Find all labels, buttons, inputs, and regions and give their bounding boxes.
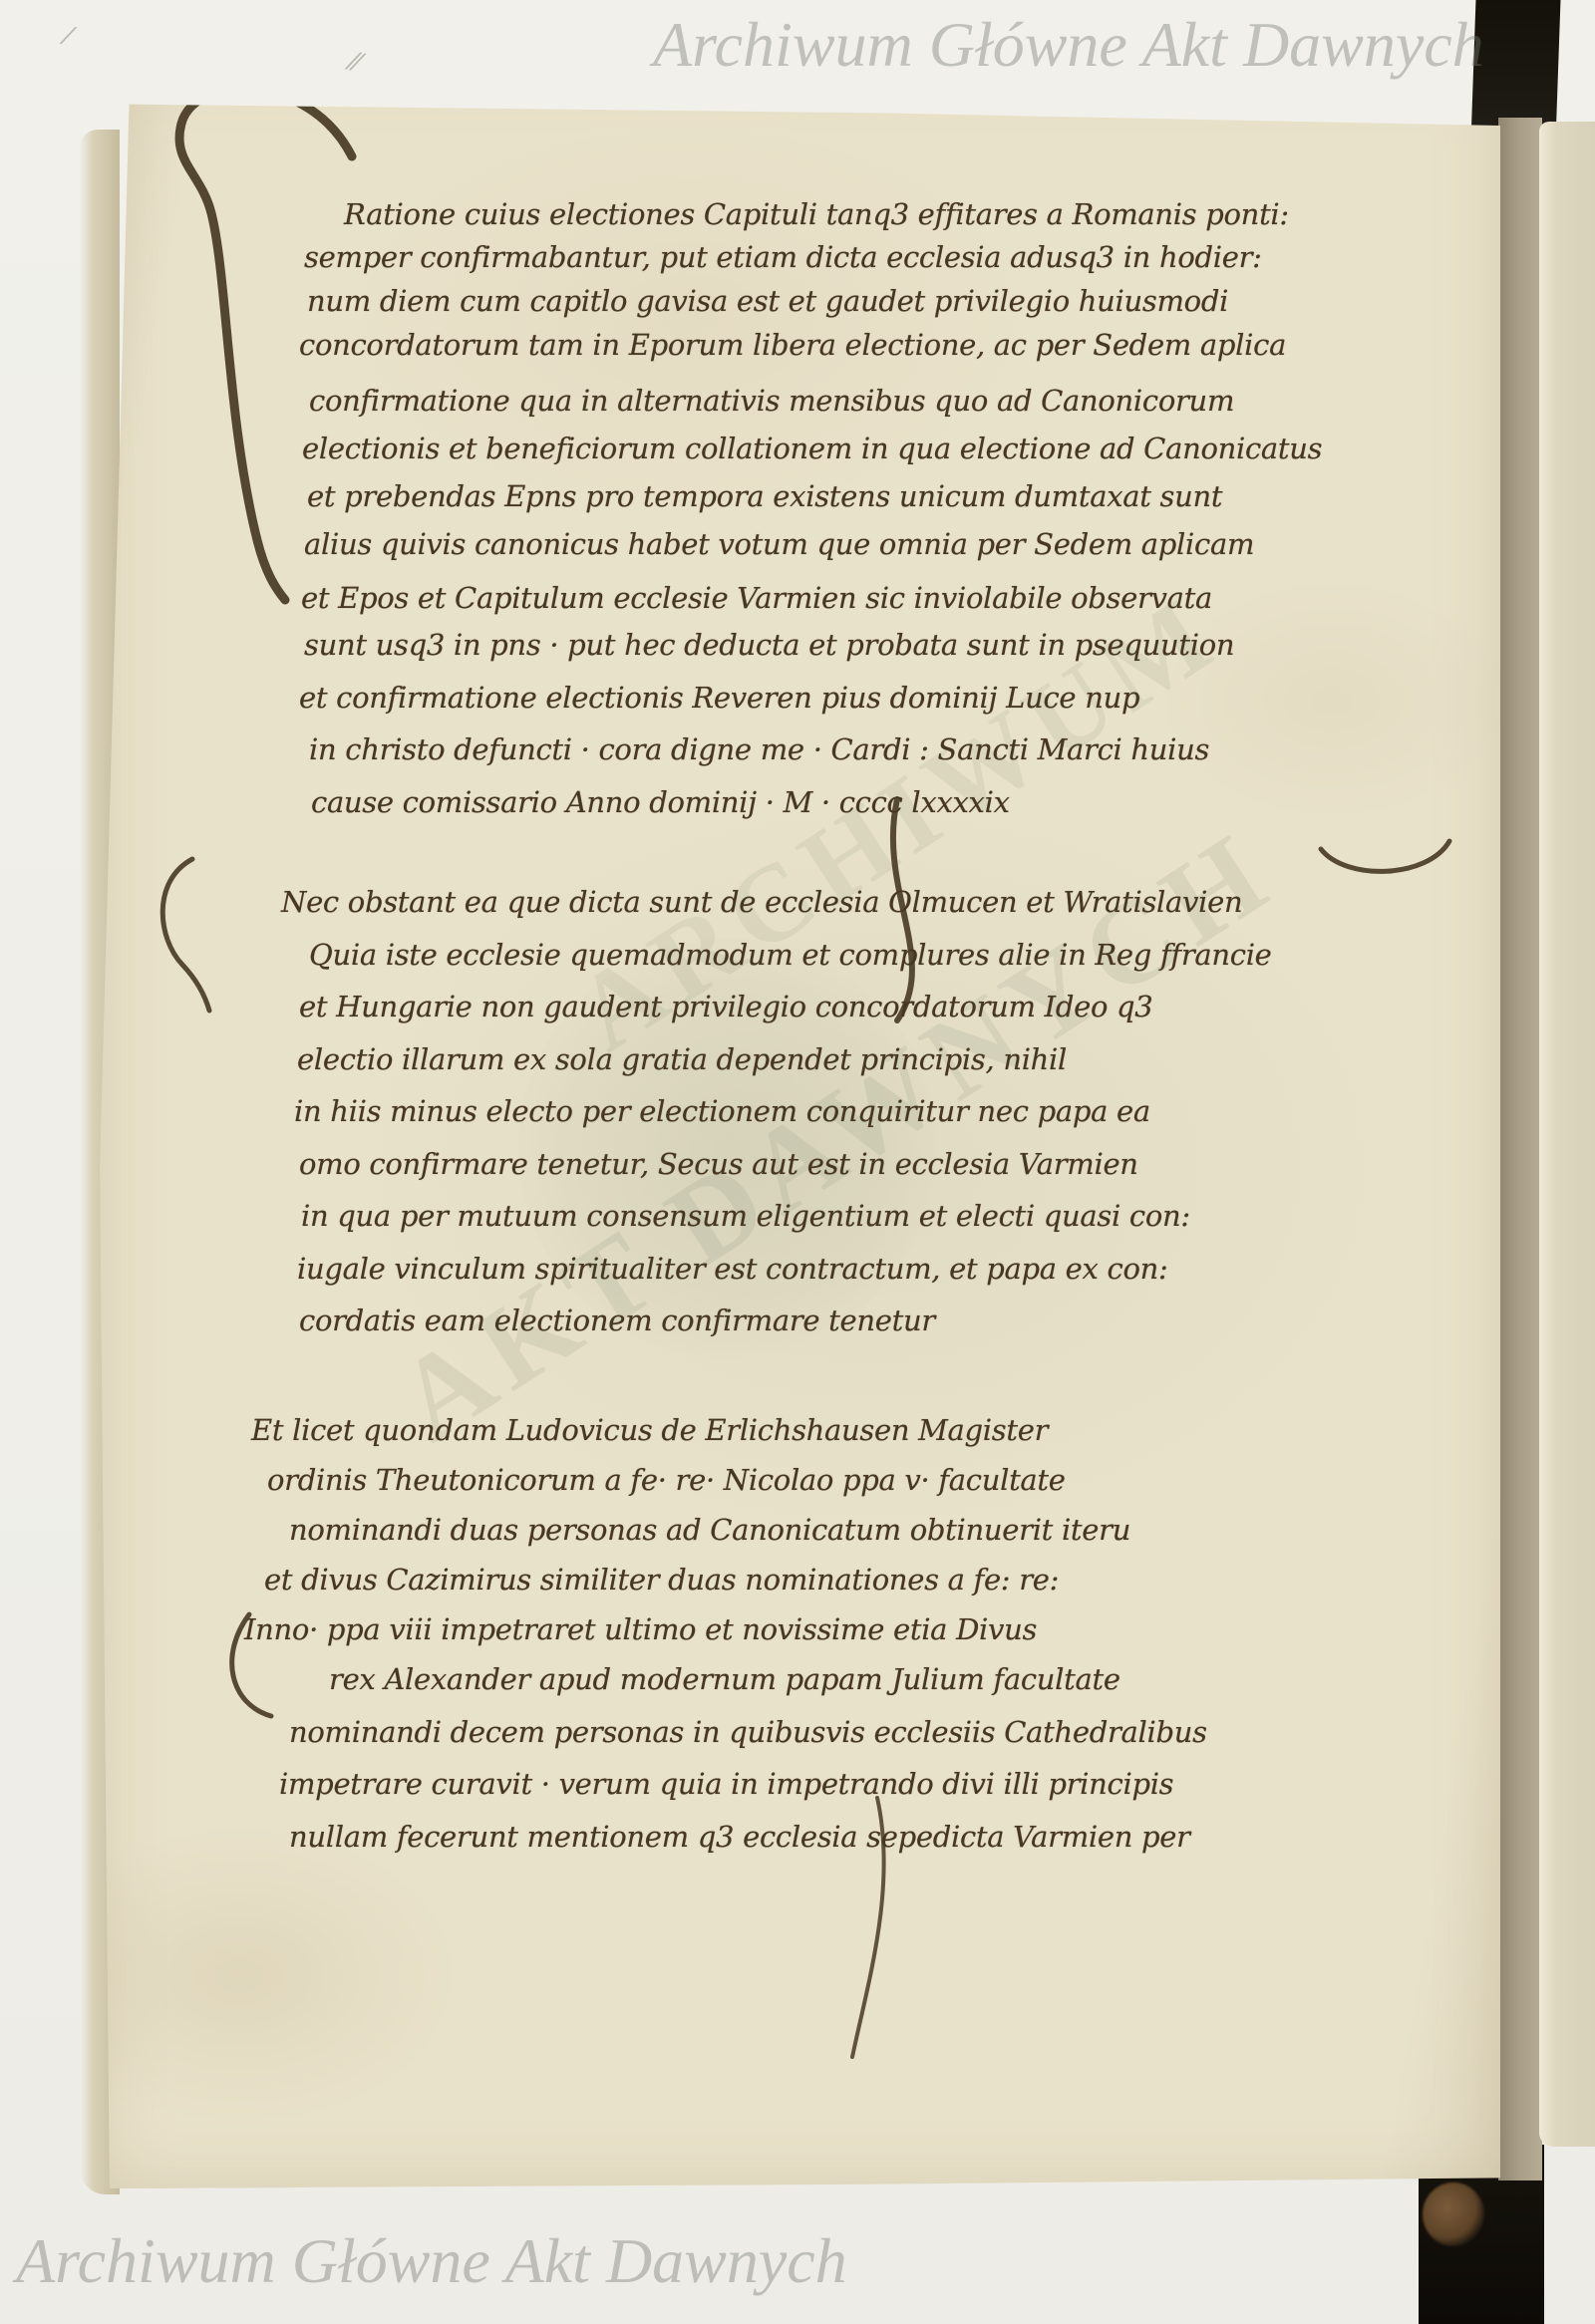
manuscript-text-line: Quia iste ecclesie quemadmodum et complu… [309, 938, 1272, 972]
margin-flourish-ink [162, 859, 209, 1011]
manuscript-text-line: nominandi decem personas in quibusvis ec… [289, 1715, 1207, 1749]
manuscript-text-line: et prebendas Epns pro tempora existens u… [307, 479, 1222, 513]
manuscript-text-line: num diem cum capitlo gavisa est et gaude… [307, 284, 1228, 318]
manuscript-text-line: alius quivis canonicus habet votum que o… [304, 527, 1254, 561]
manuscript-text-line: iugale vinculum spiritualiter est contra… [297, 1252, 1167, 1286]
date-swash-ink [1321, 841, 1449, 871]
manuscript-page: ARCHIWUM AKT DAWNYCH Ratione cuius elect… [100, 62, 1500, 2188]
archive-watermark-bottom: Archiwum Główne Akt Dawnych [16, 2224, 847, 2298]
manuscript-text-line: rex Alexander apud modernum papam Julium… [329, 1662, 1120, 1696]
leather-patch [1423, 2182, 1484, 2246]
manuscript-text-line: impetrare curavit · verum quia in impetr… [279, 1767, 1173, 1801]
manuscript-text-line: confirmatione qua in alternativis mensib… [309, 384, 1234, 418]
archive-watermark-top: Archiwum Główne Akt Dawnych [653, 8, 1484, 82]
manuscript-text-line: in christo defuncti · cora digne me · Ca… [309, 732, 1209, 766]
manuscript-text-line: cordatis eam electionem confirmare tenet… [299, 1304, 935, 1337]
manuscript-text-line: sunt usq3 in pns · put hec deducta et pr… [304, 628, 1234, 662]
manuscript-text-line: et confirmatione electionis Reveren pius… [299, 681, 1139, 715]
manuscript-text-line: in qua per mutuum consensum eligentium e… [301, 1199, 1190, 1233]
photograph-stage: ARCHIWUM AKT DAWNYCH Ratione cuius elect… [0, 0, 1595, 2324]
manuscript-text-line: semper confirmabantur, put etiam dicta e… [304, 240, 1262, 274]
manuscript-text-line: Inno· ppa viii impetraret ultimo et novi… [244, 1612, 1037, 1646]
manuscript-text-line: Nec obstant ea que dicta sunt de ecclesi… [281, 885, 1242, 919]
manuscript-text-line: in hiis minus electo per electionem conq… [294, 1094, 1150, 1128]
manuscript-text-line: electionis et beneficiorum collationem i… [302, 432, 1322, 465]
manuscript-text-line: et divus Cazimirus similiter duas nomina… [264, 1563, 1059, 1597]
manuscript-text-line: Et licet quondam Ludovicus de Erlichshau… [251, 1413, 1048, 1447]
manuscript-text-line: cause comissario Anno dominij · M · cccc… [311, 785, 1010, 819]
manuscript-text-line: ordinis Theutonicorum a fe· re· Nicolao … [267, 1463, 1066, 1497]
manuscript-text-line: concordatorum tam in Eporum libera elect… [299, 328, 1286, 362]
manuscript-text-line: nominandi duas personas ad Canonicatum o… [289, 1513, 1130, 1547]
gutter-shadow [1498, 118, 1542, 2180]
manuscript-text-line: nullam fecerunt mentionem q3 ecclesia se… [289, 1820, 1190, 1854]
manuscript-text-line: Ratione cuius electiones Capituli tanq3 … [344, 197, 1289, 231]
manuscript-text-line: et Epos et Capitulum ecclesie Varmien si… [301, 581, 1212, 615]
manuscript-text-line: et Hungarie non gaudent privilegio conco… [299, 990, 1152, 1023]
manuscript-text-line: electio illarum ex sola gratia dependet … [297, 1042, 1067, 1076]
facing-page-edge [1539, 122, 1595, 2147]
manuscript-text-line: omo confirmare tenetur, Secus aut est in… [299, 1147, 1138, 1181]
